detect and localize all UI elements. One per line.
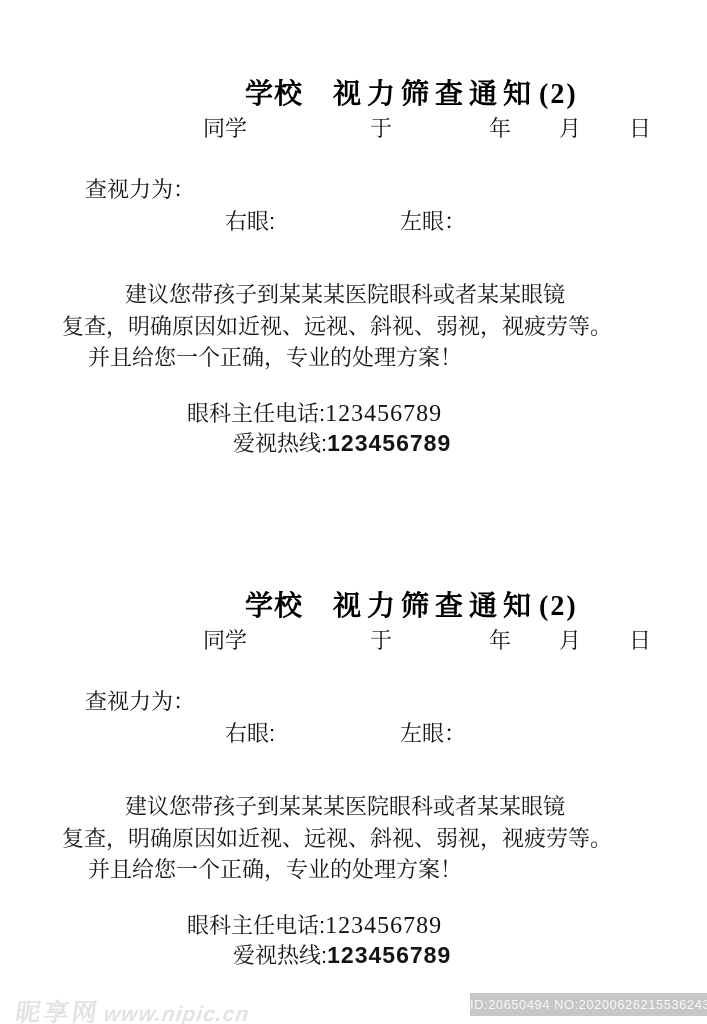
hotline-phone-line: 爱视热线:123456789: [233, 942, 451, 969]
nipic-watermark: 昵享网 www.nipic.cn: [13, 993, 252, 1024]
title-school-label: 学校: [245, 590, 303, 621]
notice-title: 学校视力筛查通知(2): [245, 72, 578, 112]
title-main-text: 视力筛查通知: [333, 590, 537, 621]
ophthalmology-phone-number: 123456789: [325, 913, 442, 939]
student-label: 同学: [203, 116, 247, 142]
hotline-number: 123456789: [327, 942, 451, 968]
left-eye-label: 左眼：: [400, 721, 466, 747]
nipic-logo: 昵享网: [14, 999, 102, 1024]
vision-check-label: 查视力为：: [85, 177, 195, 203]
footer-strip: 昵享网 www.nipic.cn ID:20650494 NO:20200626…: [0, 985, 707, 1024]
ophthalmology-phone-line: 眼科主任电话:123456789: [187, 913, 442, 939]
body-line-1: 建议您带孩子到某某某医院眼科或者某某眼镜: [125, 282, 565, 308]
month-label: 月: [559, 628, 581, 654]
title-number: (2): [539, 591, 578, 622]
nipic-url: www.nipic.cn: [102, 1003, 251, 1024]
year-label: 年: [489, 628, 511, 654]
body-line-2: 复查，明确原因如近视、远视、斜视、弱视，视疲劳等。: [62, 826, 612, 852]
student-label: 同学: [203, 628, 247, 654]
right-eye-label: 右眼:: [225, 209, 275, 235]
at-label: 于: [370, 116, 392, 142]
left-eye-label: 左眼：: [400, 209, 466, 235]
year-label: 年: [489, 116, 511, 142]
hotline-number: 123456789: [327, 430, 451, 456]
day-label: 日: [629, 116, 651, 142]
hotline-phone-line: 爱视热线:123456789: [233, 430, 451, 457]
body-line-3: 并且给您一个正确，专业的处理方案！: [88, 857, 462, 883]
document-page: 学校视力筛查通知(2) 同学 于 年 月 日 查视力为： 右眼: 左眼： 建议您…: [0, 0, 707, 1024]
vision-check-label: 查视力为：: [85, 689, 195, 715]
ophthalmology-phone-line: 眼科主任电话:123456789: [187, 401, 442, 427]
right-eye-label: 右眼:: [225, 721, 275, 747]
notice-copy-2: 学校视力筛查通知(2) 同学 于 年 月 日 查视力为： 右眼: 左眼： 建议您…: [0, 512, 707, 1024]
at-label: 于: [370, 628, 392, 654]
body-line-1: 建议您带孩子到某某某医院眼科或者某某眼镜: [125, 794, 565, 820]
title-main-text: 视力筛查通知: [333, 78, 537, 109]
month-label: 月: [559, 116, 581, 142]
notice-title: 学校视力筛查通知(2): [245, 584, 578, 624]
stock-id-badge: ID:20650494 NO:20200626215536243747: [470, 993, 707, 1016]
ophthalmology-phone-number: 123456789: [325, 401, 442, 427]
body-line-3: 并且给您一个正确，专业的处理方案！: [88, 345, 462, 371]
notice-copy-1: 学校视力筛查通知(2) 同学 于 年 月 日 查视力为： 右眼: 左眼： 建议您…: [0, 0, 707, 512]
hotline-label: 爱视热线:: [233, 943, 327, 968]
body-line-2: 复查，明确原因如近视、远视、斜视、弱视，视疲劳等。: [62, 314, 612, 340]
day-label: 日: [629, 628, 651, 654]
ophthalmology-phone-label: 眼科主任电话:: [187, 401, 325, 426]
hotline-label: 爱视热线:: [233, 431, 327, 456]
ophthalmology-phone-label: 眼科主任电话:: [187, 913, 325, 938]
title-number: (2): [539, 79, 578, 110]
title-school-label: 学校: [245, 78, 303, 109]
